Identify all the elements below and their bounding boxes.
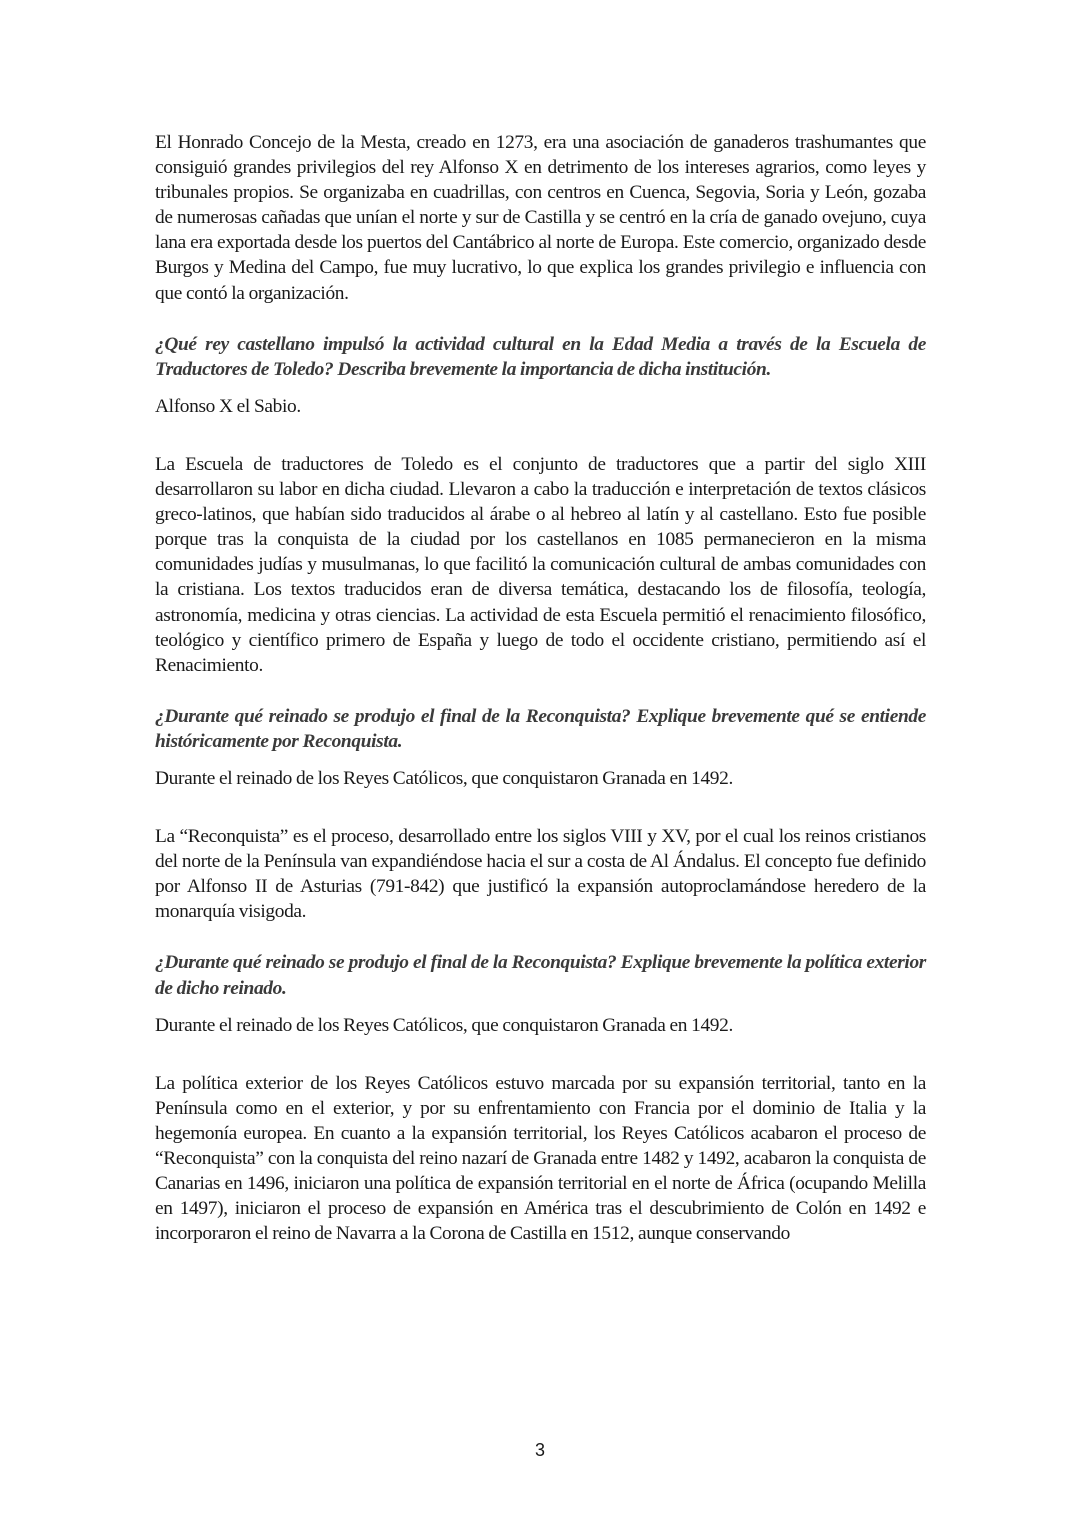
- spacer: [155, 1038, 926, 1071]
- paragraph-escuela-traductores: La Escuela de traductores de Toledo es e…: [155, 452, 926, 678]
- spacer: [155, 419, 926, 452]
- question-politica-exterior: ¿Durante qué reinado se produjo el final…: [155, 950, 926, 1000]
- spacer: [155, 754, 926, 766]
- spacer: [155, 678, 926, 704]
- spacer: [155, 924, 926, 950]
- paragraph-mesta: El Honrado Concejo de la Mesta, creado e…: [155, 130, 926, 306]
- spacer: [155, 306, 926, 332]
- paragraph-politica-exterior: La política exterior de los Reyes Católi…: [155, 1071, 926, 1247]
- spacer: [155, 1001, 926, 1013]
- spacer: [155, 791, 926, 824]
- answer-reyes-catolicos-2: Durante el reinado de los Reyes Católico…: [155, 1013, 926, 1038]
- answer-alfonso-x: Alfonso X el Sabio.: [155, 394, 926, 419]
- answer-reyes-catolicos-1: Durante el reinado de los Reyes Católico…: [155, 766, 926, 791]
- question-reconquista-definicion: ¿Durante qué reinado se produjo el final…: [155, 704, 926, 754]
- document-page: El Honrado Concejo de la Mesta, creado e…: [155, 130, 926, 1246]
- question-escuela-traductores: ¿Qué rey castellano impulsó la actividad…: [155, 332, 926, 382]
- paragraph-reconquista: La “Reconquista” es el proceso, desarrol…: [155, 824, 926, 924]
- page-number: 3: [0, 1440, 1080, 1461]
- spacer: [155, 382, 926, 394]
